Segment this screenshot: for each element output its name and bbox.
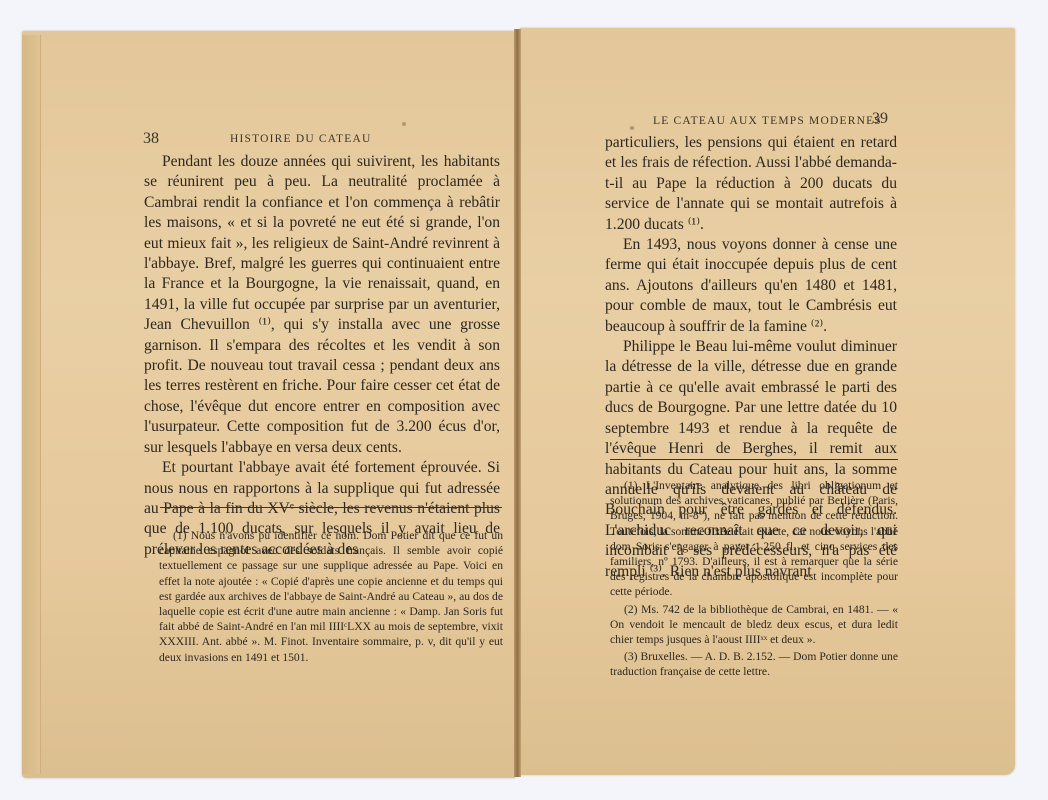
- page-leaf-edge: [22, 35, 41, 774]
- paragraph: particuliers, les pensions qui étaient e…: [605, 133, 897, 235]
- running-head: LE CATEAU AUX TEMPS MODERNES: [653, 115, 882, 127]
- footnote-rule: [610, 459, 898, 460]
- paper-spot: [402, 122, 406, 126]
- paragraph: En 1493, nous voyons donner à cense une …: [605, 235, 897, 337]
- book-gutter: [514, 29, 521, 777]
- footnote: (3) Bruxelles. — A. D. B. 2.152. — Dom P…: [610, 649, 898, 679]
- left-body-text: Pendant les douze années qui suivirent, …: [144, 152, 500, 560]
- left-footnotes: (1) Nous n'avons pu identifier ce nom. D…: [159, 528, 503, 665]
- page-number: 39: [872, 110, 888, 128]
- right-footnotes: (1) L'Inventaire analytique des libri ob…: [610, 478, 898, 680]
- footnote-rule: [160, 507, 502, 508]
- running-head: HISTOIRE DU CATEAU: [230, 133, 372, 145]
- page-number: 38: [143, 130, 159, 148]
- footnote: (2) Ms. 742 de la bibliothèque de Cambra…: [610, 602, 898, 648]
- paper-spot: [630, 126, 634, 130]
- footnote: (1) L'Inventaire analytique des libri ob…: [610, 478, 898, 600]
- paragraph: Pendant les douze années qui suivirent, …: [144, 152, 500, 458]
- footnote: (1) Nous n'avons pu identifier ce nom. D…: [159, 528, 503, 665]
